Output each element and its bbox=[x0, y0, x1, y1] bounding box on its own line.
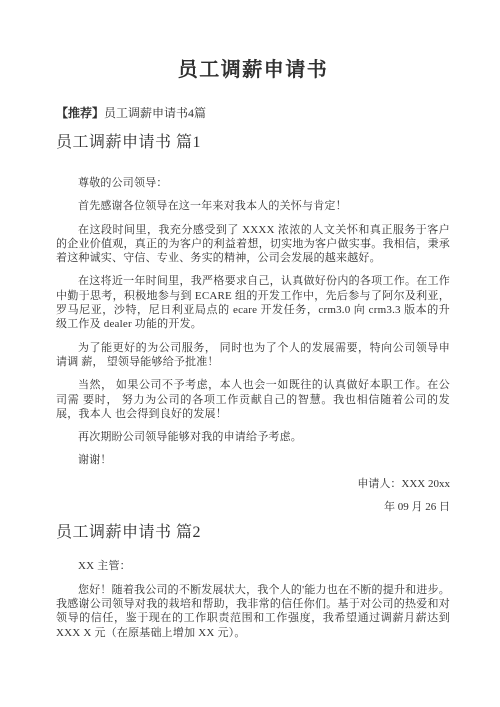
section-2: 员工调薪申请书 篇2 XX 主管： 您好！随着我公司的不断发展状大，我个人的'能… bbox=[56, 523, 450, 639]
paragraph: 您好！随着我公司的不断发展状大，我个人的'能力也在不断的提升和进步。我感谢公司领… bbox=[56, 583, 450, 640]
section-1: 员工调薪申请书 篇1 尊敬的公司领导： 首先感谢各位领导在这一年来对我本人的关怀… bbox=[56, 133, 450, 514]
closing-thanks-line: 谢谢！ bbox=[56, 453, 450, 467]
document-title: 员工调薪申请书 bbox=[56, 56, 450, 84]
paragraph: 当然， 如果公司不予考虑，本人也会一如既往的认真做好本职工作。在公司需 要时， … bbox=[56, 378, 450, 421]
paragraph: 首先感谢各位领导在这一年来对我本人的关怀与肯定！ bbox=[56, 199, 450, 213]
recommend-line: 【推荐】员工调薪申请书4篇 bbox=[56, 106, 450, 121]
signature-block: 申请人：XXX 20xx 年 09 月 26 日 bbox=[56, 477, 450, 515]
section2-heading: 员工调薪申请书 篇2 bbox=[56, 523, 450, 543]
signature-date-line: 年 09 月 26 日 bbox=[56, 500, 450, 514]
signature-applicant-line: 申请人：XXX 20xx bbox=[56, 477, 450, 491]
salutation-line: 尊敬的公司领导： bbox=[56, 176, 450, 190]
document-page: 员工调薪申请书 【推荐】员工调薪申请书4篇 员工调薪申请书 篇1 尊敬的公司领导… bbox=[0, 0, 500, 707]
section1-heading: 员工调薪申请书 篇1 bbox=[56, 133, 450, 153]
paragraph: 再次期盼公司领导能够对我的申请给予考虑。 bbox=[56, 430, 450, 444]
recommend-tag: 【推荐】 bbox=[56, 106, 104, 120]
salutation-line: XX 主管： bbox=[56, 559, 450, 573]
paragraph: 在这将近一年时间里，我严格要求自己，认真做好份内的各项工作。在工作中勤于思考，积… bbox=[56, 274, 450, 331]
recommend-text: 员工调薪申请书4篇 bbox=[104, 106, 206, 120]
paragraph: 在这段时间里，我充分感受到了 XXXX 浓浓的人文关怀和真正服务于客户的企业价值… bbox=[56, 223, 450, 266]
paragraph: 为了能更好的为公司服务， 同时也为了个人的发展需要，特向公司领导申请调 薪， 望… bbox=[56, 341, 450, 370]
